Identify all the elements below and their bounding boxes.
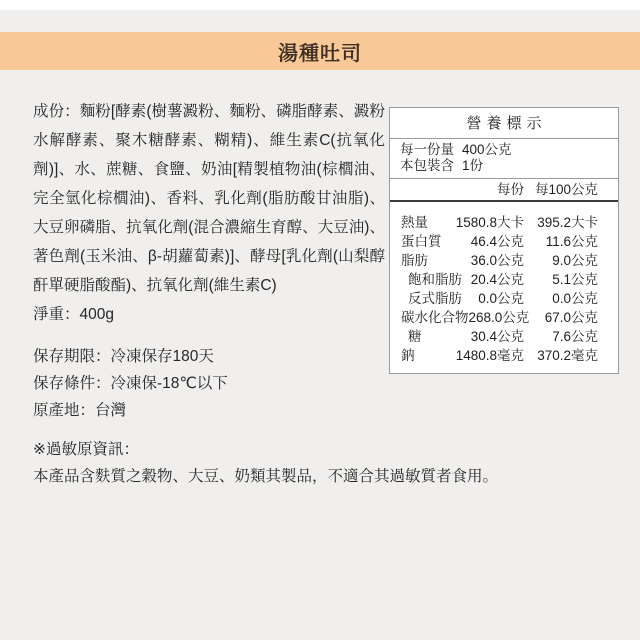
nutrition-row: 糖30.4公克7.6公克	[401, 327, 598, 346]
nutrition-row: 熱量1580.8大卡395.2大卡	[401, 213, 598, 232]
col-per-serving: 每份	[497, 181, 524, 198]
per-serving-value: 20.4公克	[471, 270, 524, 289]
allergen-title: ※過敏原資訊：	[33, 436, 620, 463]
per-serving-value: 46.4公克	[471, 232, 524, 251]
nutrition-row: 飽和脂肪20.4公克5.1公克	[401, 270, 598, 289]
servings-per-pack-row: 本包裝含 1份	[400, 158, 618, 174]
per-serving-value: 36.0公克	[471, 251, 524, 270]
nutrient-name: 鈉	[401, 346, 415, 365]
col-per-100g: 每100公克	[524, 181, 598, 198]
servings-label: 本包裝含	[400, 158, 462, 174]
serving-size-label: 每一份量	[400, 142, 462, 158]
product-label-page: 湯種吐司 成份：麵粉[酵素(樹薯澱粉、麵粉、磷脂酵素、澱粉水解酵素、聚木糖酵素、…	[0, 0, 640, 490]
per-100g-value: 370.2毫克	[524, 346, 598, 365]
per-100g-value: 0.0公克	[524, 289, 598, 308]
serving-size-value: 400公克	[462, 142, 512, 158]
nutrition-row: 蛋白質46.4公克11.6公克	[401, 232, 598, 251]
per-serving-value: 30.4公克	[471, 327, 524, 346]
nutrition-rows: 熱量1580.8大卡395.2大卡蛋白質46.4公克11.6公克脂肪36.0公克…	[390, 202, 618, 373]
nutrient-name: 飽和脂肪	[401, 270, 462, 289]
nutrition-row: 反式脂肪0.0公克0.0公克	[401, 289, 598, 308]
nutrition-title: 營養標示	[390, 108, 618, 139]
servings-value: 1份	[462, 158, 483, 174]
nutrient-name: 糖	[401, 327, 422, 346]
storage-line: 保存條件：冷凍保-18℃以下	[33, 370, 620, 397]
nutrient-name: 蛋白質	[401, 232, 442, 251]
nutrient-name: 反式脂肪	[401, 289, 462, 308]
product-title: 湯種吐司	[278, 37, 362, 66]
nutrient-name: 熱量	[401, 213, 428, 232]
nutrition-table: 營養標示 每一份量 400公克 本包裝含 1份 每份 每100公克 熱量1580…	[389, 107, 619, 374]
per-serving-value: 1480.8毫克	[456, 346, 524, 365]
allergen-text: 本產品含麩質之穀物、大豆、奶類其製品，不適合其過敏質者食用。	[33, 463, 620, 490]
per-100g-value: 7.6公克	[524, 327, 598, 346]
serving-size-row: 每一份量 400公克	[400, 142, 618, 158]
per-100g-value: 67.0公克	[529, 308, 598, 327]
serving-info: 每一份量 400公克 本包裝含 1份	[390, 139, 618, 179]
nutrition-row: 鈉1480.8毫克370.2毫克	[401, 346, 598, 365]
per-100g-value: 395.2大卡	[524, 213, 598, 232]
storage-line: 原產地：台灣	[33, 397, 620, 424]
per-serving-value: 1580.8大卡	[456, 213, 524, 232]
per-serving-value: 0.0公克	[478, 289, 524, 308]
nutrient-name: 碳水化合物	[401, 308, 469, 327]
nutrition-row: 碳水化合物268.0公克67.0公克	[401, 308, 598, 327]
nutrition-row: 脂肪36.0公克9.0公克	[401, 251, 598, 270]
per-100g-value: 9.0公克	[524, 251, 598, 270]
header-band: 湯種吐司	[0, 32, 640, 70]
top-strip	[0, 0, 640, 10]
per-serving-value: 268.0公克	[469, 308, 530, 327]
nutrition-column-headers: 每份 每100公克	[390, 179, 618, 200]
label-content: 成份：麵粉[酵素(樹薯澱粉、麵粉、磷脂酵素、澱粉水解酵素、聚木糖酵素、糊精)、維…	[0, 70, 640, 490]
nutrient-name: 脂肪	[401, 251, 428, 270]
per-100g-value: 11.6公克	[524, 232, 598, 251]
ingredients-text: 成份：麵粉[酵素(樹薯澱粉、麵粉、磷脂酵素、澱粉水解酵素、聚木糖酵素、糊精)、維…	[33, 97, 385, 300]
allergen-section: ※過敏原資訊： 本產品含麩質之穀物、大豆、奶類其製品，不適合其過敏質者食用。	[33, 436, 620, 490]
per-100g-value: 5.1公克	[524, 270, 598, 289]
